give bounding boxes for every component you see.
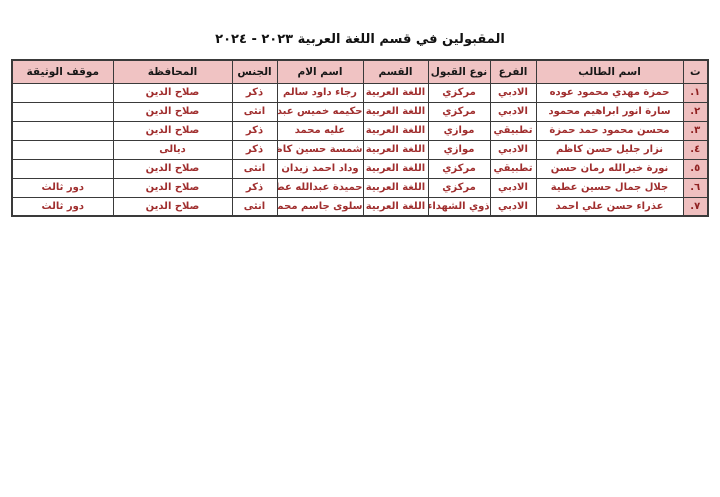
table-row: ٦. جلال جمال حسين عطية الادبي مركزي اللغ…	[12, 178, 708, 197]
cell-branch: تطبيقي	[490, 121, 536, 140]
cell-admission-type: موازي	[428, 121, 490, 140]
cell-gender: انثى	[232, 159, 277, 178]
cell-admission-type: مركزي	[428, 159, 490, 178]
cell-admission-type: مركزي	[428, 102, 490, 121]
table-row: ٢. سارة انور ابراهيم محمود الادبي مركزي …	[12, 102, 708, 121]
cell-governorate: صلاح الدين	[113, 197, 232, 216]
cell-branch: الادبي	[490, 102, 536, 121]
cell-branch: تطبيقي	[490, 159, 536, 178]
cell-branch: الادبي	[490, 197, 536, 216]
cell-document-status: دور ثالث	[12, 197, 113, 216]
cell-governorate: ديالى	[113, 140, 232, 159]
column-header-admission-type: نوع القبول	[428, 60, 490, 83]
cell-index: ٥.	[683, 159, 708, 178]
cell-student-name: سارة انور ابراهيم محمود	[536, 102, 683, 121]
cell-document-status	[12, 102, 113, 121]
cell-governorate: صلاح الدين	[113, 178, 232, 197]
cell-admission-type: ذوي الشهداء	[428, 197, 490, 216]
cell-department: اللغة العربية	[363, 102, 428, 121]
cell-document-status	[12, 121, 113, 140]
column-header-mother-name: اسم الام	[277, 60, 363, 83]
column-header-document-status: موقف الوثيقة	[12, 60, 113, 83]
column-header-gender: الجنس	[232, 60, 277, 83]
column-header-index: ت	[683, 60, 708, 83]
cell-document-status	[12, 159, 113, 178]
cell-admission-type: موازي	[428, 140, 490, 159]
cell-index: ٦.	[683, 178, 708, 197]
cell-index: ٧.	[683, 197, 708, 216]
cell-branch: الادبي	[490, 140, 536, 159]
cell-department: اللغة العربية	[363, 159, 428, 178]
cell-department: اللغة العربية	[363, 140, 428, 159]
cell-gender: ذكر	[232, 140, 277, 159]
cell-gender: ذكر	[232, 178, 277, 197]
cell-mother-name: شمسة حسين كاظم	[277, 140, 363, 159]
cell-student-name: محسن محمود حمد حمزة	[536, 121, 683, 140]
cell-student-name: عذراء حسن علي احمد	[536, 197, 683, 216]
cell-gender: انثى	[232, 102, 277, 121]
column-header-branch: الفرع	[490, 60, 536, 83]
cell-department: اللغة العربية	[363, 121, 428, 140]
cell-student-name: نورة خيرالله رمان حسن	[536, 159, 683, 178]
cell-student-name: حمزة مهدي محمود عوده	[536, 83, 683, 102]
cell-governorate: صلاح الدين	[113, 83, 232, 102]
cell-gender: انثى	[232, 197, 277, 216]
column-header-department: القسم	[363, 60, 428, 83]
cell-gender: ذكر	[232, 121, 277, 140]
cell-gender: ذكر	[232, 83, 277, 102]
table-row: ٣. محسن محمود حمد حمزة تطبيقي موازي اللغ…	[12, 121, 708, 140]
cell-branch: الادبي	[490, 178, 536, 197]
cell-document-status	[12, 83, 113, 102]
admissions-table: ت اسم الطالب الفرع نوع القبول القسم اسم …	[11, 59, 709, 217]
column-header-student-name: اسم الطالب	[536, 60, 683, 83]
table-row: ١. حمزة مهدي محمود عوده الادبي مركزي الل…	[12, 83, 708, 102]
cell-governorate: صلاح الدين	[113, 102, 232, 121]
cell-student-name: نزار جليل حسن كاظم	[536, 140, 683, 159]
cell-mother-name: وداد احمد زيدان	[277, 159, 363, 178]
header-row: ت اسم الطالب الفرع نوع القبول القسم اسم …	[12, 60, 708, 83]
cell-department: اللغة العربية	[363, 178, 428, 197]
cell-department: اللغة العربية	[363, 83, 428, 102]
cell-index: ٤.	[683, 140, 708, 159]
page-title: المقبولين في قسم اللغة العربية ٢٠٢٣ - ٢٠…	[0, 0, 720, 47]
cell-document-status: دور ثالث	[12, 178, 113, 197]
cell-governorate: صلاح الدين	[113, 121, 232, 140]
cell-mother-name: حميدة عبدالله عطية	[277, 178, 363, 197]
cell-governorate: صلاح الدين	[113, 159, 232, 178]
cell-document-status	[12, 140, 113, 159]
cell-branch: الادبي	[490, 83, 536, 102]
cell-index: ١.	[683, 83, 708, 102]
cell-mother-name: رجاء داود سالم	[277, 83, 363, 102]
cell-index: ٣.	[683, 121, 708, 140]
cell-admission-type: مركزي	[428, 83, 490, 102]
table-row: ٧. عذراء حسن علي احمد الادبي ذوي الشهداء…	[12, 197, 708, 216]
cell-mother-name: حكيمه خميس عبدالله	[277, 102, 363, 121]
table-row: ٥. نورة خيرالله رمان حسن تطبيقي مركزي ال…	[12, 159, 708, 178]
cell-index: ٢.	[683, 102, 708, 121]
column-header-governorate: المحافظة	[113, 60, 232, 83]
cell-admission-type: مركزي	[428, 178, 490, 197]
cell-mother-name: عليه محمد	[277, 121, 363, 140]
cell-department: اللغة العربية	[363, 197, 428, 216]
table-row: ٤. نزار جليل حسن كاظم الادبي موازي اللغة…	[12, 140, 708, 159]
cell-mother-name: سلوى جاسم محمد	[277, 197, 363, 216]
document-page: المقبولين في قسم اللغة العربية ٢٠٢٣ - ٢٠…	[0, 0, 720, 497]
cell-student-name: جلال جمال حسين عطية	[536, 178, 683, 197]
